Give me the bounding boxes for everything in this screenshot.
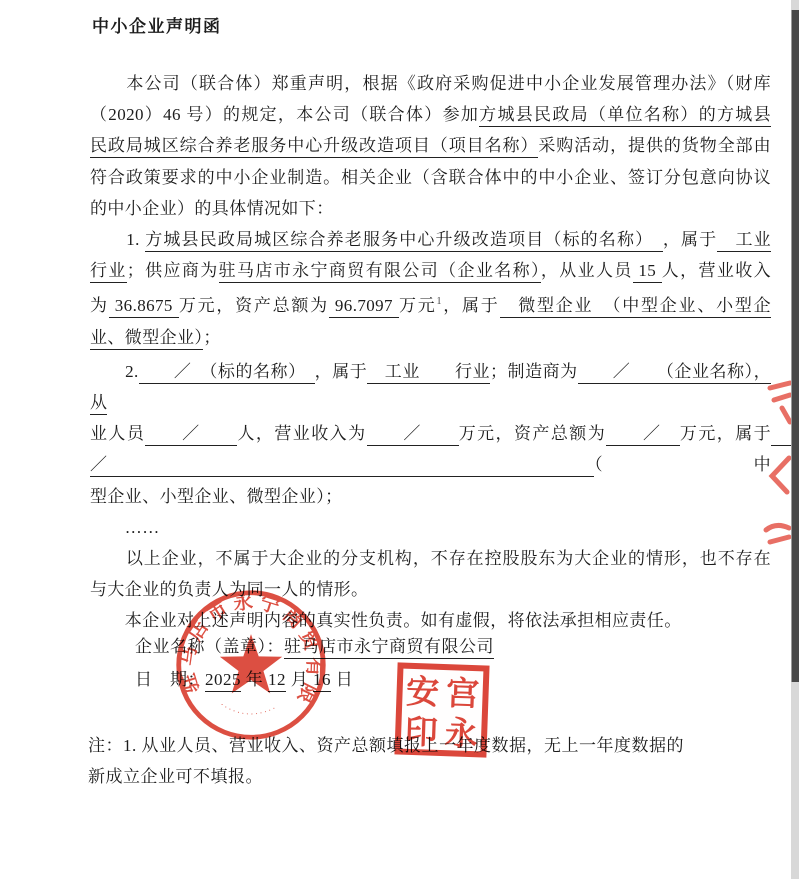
text-line: 业、微型企业）； [90, 322, 771, 353]
text-run: 日 [331, 670, 353, 689]
svg-text:·············: ············· [218, 699, 279, 718]
text-line: 以上企业，不属于大企业的分支机构，不存在控股股东为大企业的情形，也不存在 [90, 543, 771, 574]
text-run: ／ [145, 424, 237, 446]
text-line: 行业；供应商为驻马店市永宁商贸有限公司（企业名称），从业人员 15 人，营业收入 [90, 255, 771, 286]
square-seal: 安宫印永 [394, 662, 489, 757]
text-run: 的中小企业）的具体情况如下： [90, 199, 334, 218]
text-line: 型企业、小型企业、微型企业）； [90, 481, 771, 512]
text-run: 企业名称（盖章）： [135, 637, 284, 656]
paragraph: 1. 方城县民政局城区综合养老服务中心升级改造项目（标的名称） ，属于 工业行业… [90, 224, 771, 353]
text-line: （2020）46 号）的规定，本公司（联合体）参加方城县民政局（单位名称）的方城… [90, 99, 771, 130]
text-run: 2025 [205, 670, 241, 692]
text-run: 36.8675 [109, 296, 179, 318]
seal-character: 安 [402, 669, 443, 710]
text-run: 驻马店市永宁商贸有限公司（企业名称） [219, 261, 541, 283]
text-run: ／ （企业名称） [578, 362, 754, 384]
text-line: 符合政策要求的中小企业制造。相关企业（含联合体中的中小企业、签订分包意向协议 [90, 162, 771, 193]
scrollbar-thumb[interactable] [791, 10, 799, 682]
text-run: 15 [633, 261, 662, 283]
text-run: 日 期： [135, 670, 205, 689]
text-run: 1. [90, 230, 145, 249]
document-body: 本公司（联合体）郑重声明，根据《政府采购促进中小企业发展管理办法》（财库（202… [90, 68, 771, 637]
signature-block: 企业名称（盖章）：驻马店市永宁商贸有限公司日 期：2025 年 12 月 16 … [135, 630, 655, 696]
text-line: 为 36.8675 万元，资产总额为 96.7097 万元1，属于 微型企业 （… [90, 286, 771, 321]
text-run: ，属于 [315, 362, 368, 381]
text-run: 新成立企业可不填报。 [88, 767, 263, 786]
text-run: 注：1. 从业人员、营业收入、资产总额填报上一年度数据，无上一年度数据的 [88, 736, 684, 755]
text-run: 方城县民政局（单位名称）的方城县 [479, 105, 771, 127]
text-run: 符合政策要求的中小企业制造。相关企业（含联合体中的中小企业、签订分包意向协议 [90, 168, 771, 187]
paragraph: …… [90, 512, 771, 543]
text-run: 工业 行业 [367, 362, 490, 384]
text-run: 12 [268, 670, 286, 692]
document-page: 中小企业声明函 本公司（联合体）郑重声明，根据《政府采购促进中小企业发展管理办法… [0, 0, 799, 879]
text-run: ／ （标的名称） [139, 362, 315, 384]
text-run: ／ [367, 424, 459, 446]
text-run: 人，营业收入 [662, 261, 771, 280]
text-run: （2020）46 号）的规定，本公司（联合体）参加 [90, 105, 479, 124]
text-line: 与大企业的负责人为同一人的情形。 [90, 574, 771, 605]
text-run: ；制造商为 [490, 362, 578, 381]
text-run: 万元，资产总额为 [179, 296, 329, 315]
text-run: 工业 [717, 230, 771, 252]
paragraph: 2. ／ （标的名称） ，属于 工业 行业；制造商为 ／ （企业名称），从业人员… [90, 356, 771, 512]
text-run: 万元，属于 [680, 424, 771, 443]
text-line: 本公司（联合体）郑重声明，根据《政府采购促进中小企业发展管理办法》（财库 [90, 68, 771, 99]
text-line: 2. ／ （标的名称） ，属于 工业 行业；制造商为 ／ （企业名称），从 [90, 356, 771, 418]
text-run: 2. [90, 362, 139, 381]
text-run: 月 [286, 670, 313, 689]
text-line: 业人员 ／ 人，营业收入为 ／ 万元，资产总额为 ／ 万元，属于 ／ （中 [90, 418, 771, 480]
text-line: 新成立企业可不填报。 [88, 761, 748, 792]
text-run: 16 [313, 670, 331, 692]
text-line: 1. 方城县民政局城区综合养老服务中心升级改造项目（标的名称） ，属于 工业 [90, 224, 771, 255]
text-run: 驻马店市永宁商贸有限公司 [284, 637, 494, 659]
scrollbar-track[interactable] [791, 0, 799, 879]
text-run: ；供应商为 [127, 261, 219, 280]
paragraph: 本公司（联合体）郑重声明，根据《政府采购促进中小企业发展管理办法》（财库（202… [90, 68, 771, 224]
text-run: （中 [594, 455, 771, 474]
text-run: 业人员 [90, 424, 145, 443]
text-run: ／ [606, 424, 680, 446]
document-title: 中小企业声明函 [92, 12, 222, 37]
text-run: 与大企业的负责人为同一人的情形。 [90, 580, 368, 599]
text-line: 的中小企业）的具体情况如下： [90, 193, 771, 224]
text-run: ，属于 [442, 296, 500, 315]
text-run: …… [90, 518, 160, 537]
text-run: 采购活动，提供的货物全部由 [538, 136, 771, 155]
text-run: 96.7097 [329, 296, 399, 318]
text-line: 民政局城区综合养老服务中心升级改造项目（项目名称）采购活动，提供的货物全部由 [90, 130, 771, 161]
text-line: …… [90, 512, 771, 543]
text-line: 企业名称（盖章）：驻马店市永宁商贸有限公司 [135, 630, 655, 663]
text-run: 本企业对上述声明内容的真实性负责。如有虚假，将依法承担相应责任。 [90, 611, 682, 630]
paragraph: 以上企业，不属于大企业的分支机构，不存在控股股东为大企业的情形，也不存在与大企业… [90, 543, 771, 605]
text-line: 日 期：2025 年 12 月 16 日 [135, 663, 655, 696]
text-run: ，属于 [663, 230, 717, 249]
text-run: 方城县民政局城区综合养老服务中心升级改造项目（标的名称） [145, 230, 663, 252]
text-run: 以上企业，不属于大企业的分支机构，不存在控股股东为大企业的情形，也不存在 [90, 549, 771, 568]
text-run: 本公司（联合体）郑重声明，根据《政府采购促进中小企业发展管理办法》（财库 [90, 74, 771, 93]
text-run: 人，营业收入为 [237, 424, 366, 443]
text-run: 万元 [399, 296, 437, 315]
text-run: 微型企业 （中型企业、小型企 [500, 296, 771, 318]
text-run: 为 [90, 296, 109, 315]
text-run: 型企业、小型企业、微型企业）； [90, 487, 343, 506]
text-run: 业、微型企业） [90, 328, 203, 350]
text-run: ； [203, 328, 220, 347]
text-run: 行业 [90, 261, 127, 283]
stamp-serial-dots: ············· [218, 699, 279, 718]
text-run: ，从业人员 [541, 261, 633, 280]
seal-character: 宫 [442, 670, 483, 711]
text-run: 年 [241, 670, 268, 689]
text-run: 万元，资产总额为 [459, 424, 606, 443]
seal-character: 印 [401, 709, 442, 750]
seal-character: 永 [441, 710, 482, 751]
text-run: 民政局城区综合养老服务中心升级改造项目（项目名称） [90, 136, 538, 158]
